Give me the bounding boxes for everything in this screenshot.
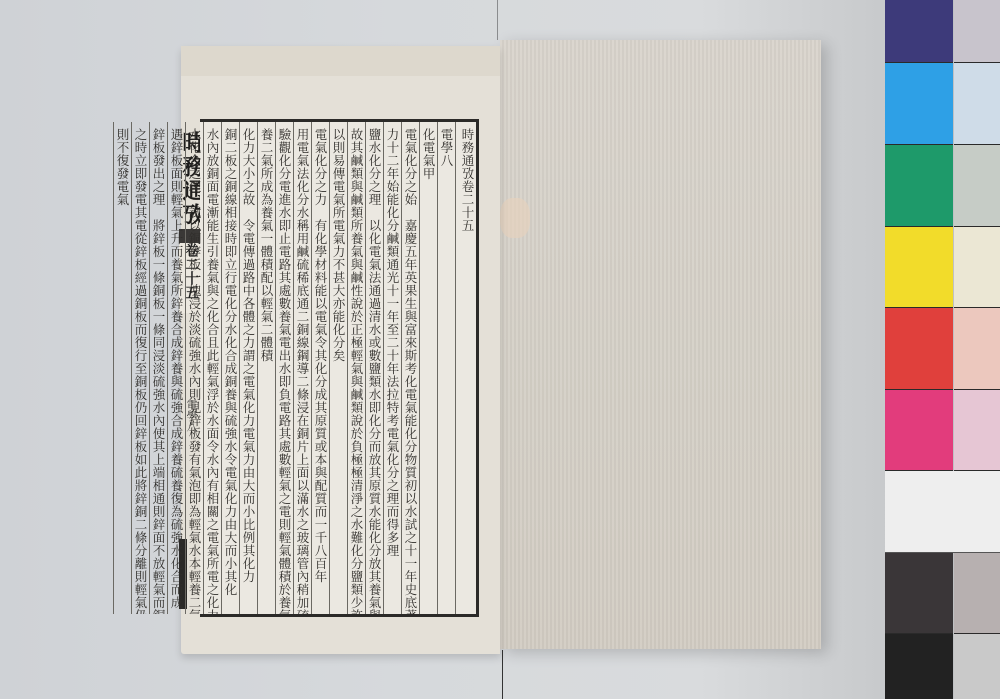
color-calibration-chart [885,0,1000,699]
text-frame: 時務通攷卷二十五 電學八 化電氣甲 電氣化分之始 嘉慶五年英果生與富來斯考化電氣… [200,119,479,617]
text-column: 水內放銅面電漸能生引養氣與之化合且此輕氣浮於水面令水內有相關之電氣所電之化力因此… [203,122,221,614]
text-column: 電氣化分之力 有化學材料能以電氣令其化分成其原質或本與配質而一千八百年 [311,122,329,614]
color-chip [885,0,953,63]
subsection-title: 化電氣甲 [419,122,437,614]
background-crease-line [497,0,498,40]
text-column: 驗觀化分電進水即止電路其處數養氣電出水即負電路其處數輕氣之電則輕氣體積於養氣可知… [275,122,293,614]
color-chip [954,634,1000,699]
text-column: 鹽水化分之理 以化電氣法通過清水或數鹽類水即化分而放其原質水能化分放其養氣與輕氣… [365,122,383,614]
text-column: 化力大小之故 令電傳過路中各體之力謂之電氣化力電氣力由大而小比例其化力 [239,122,257,614]
color-chip [954,390,1000,471]
text-column: 力十二年始能化分鹹類通光十一年至二十年法拉特考電氣化分之理而得多理 [383,122,401,614]
background-crease-line-bottom [502,650,503,699]
text-column: 鋅板發出之理 將鋅板一條銅板一條同浸淡硫強水內使其上端相通則鋅面不放輕氣而銅面放… [149,122,167,614]
printed-page: 時務通攷 卷二十五 電學八 時務通攷卷二十五 電學八 化電氣甲 電氣化分之始 嘉… [181,46,500,654]
page-top-margin [181,46,500,76]
color-chip [954,553,1000,634]
color-chip [885,227,953,308]
color-chip [885,553,953,634]
color-chip [885,145,953,227]
text-column: 電氣化分之始 嘉慶五年英果生與富來斯考化電氣能化分物質初以水試之十一年史底著書論… [401,122,419,614]
color-chip [954,145,1000,227]
text-column: 則不復發電氣 [113,122,131,614]
blank-cover-page [500,40,821,649]
text-column: 以則易傳電氣所電氣力不甚大亦能化分矣 [329,122,347,614]
book-photograph: 時務通攷 卷二十五 電學八 時務通攷卷二十五 電學八 化電氣甲 電氣化分之始 嘉… [0,0,1000,699]
color-chip [885,308,953,390]
running-header: 時務通攷卷二十五 [455,122,476,614]
text-column: 用電氣法化分水稱用鹹硫稀底通二銅線鋼導二條浸在銅片上面以滿水之玻璃管內稍加硫強水 [293,122,311,614]
text-columns: 時務通攷卷二十五 電學八 化電氣甲 電氣化分之始 嘉慶五年英果生與富來斯考化電氣… [200,122,476,614]
color-chip [885,63,953,145]
color-chip [954,0,1000,63]
color-chip [954,308,1000,390]
text-column: 水化合之理 試以銅鋅板一塊浸於淡硫強水內則見鋅板發有氣泡即為輕氣水本輕養二氣化合… [185,122,203,614]
text-column: 養二氣所成為養氣一體積配以輕氣二體積 [257,122,275,614]
color-chip [885,634,953,699]
section-title: 電學八 [437,122,455,614]
paper-stain [500,198,530,238]
white-chip [885,471,1000,553]
text-column: 故其鹹類與鹹類所養氣與鹹性說於正極輕氣與鹹類說於負極極清淨之水難化分鹽類少許確實… [347,122,365,614]
color-chip [885,390,953,471]
text-column: 遇鋅板面則輕氣上升而養氣所鋅養合成鋅養與硫強合成鋅養硫養復為硫強水化合而成 [167,122,185,614]
color-chip [954,227,1000,308]
color-chip [954,63,1000,145]
text-column: 之時立即發電其電從鋅板經過銅板而復行至銅板仍回鋅板如此將鋅銅二條分離則輕氣仍從鋅… [131,122,149,614]
text-column: 銅二板之銅線相接時即立行電化分水化合成銅養與硫強水令電氣化力由大而小其化 [221,122,239,614]
